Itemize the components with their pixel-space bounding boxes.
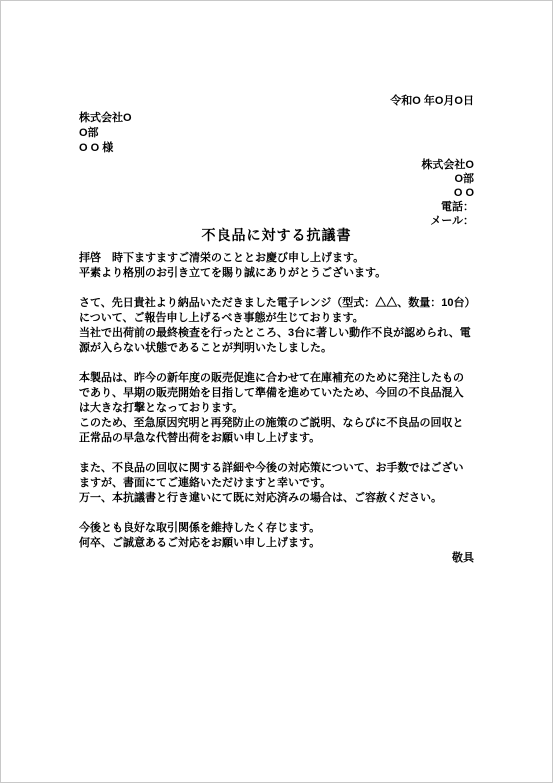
sender-phone-label: 電話：: [79, 200, 474, 214]
body-line: 当社で出荷前の最終検査を行ったところ、3台に著しい動作不良が認められ、電: [79, 326, 474, 341]
document-content: 令和O 年O月O日 株式会社O O部 O O 様 株式会社O O部 O O 電話…: [1, 1, 552, 566]
body-line: は大きな打撃となっております。: [79, 401, 474, 416]
document-body: 拝啓 時下ますますご清栄のこととお慶び申し上げます。 平素より格別のお引き立てを…: [79, 251, 474, 551]
document-title: 不良品に対する抗議書: [79, 228, 474, 243]
body-line: 万一、本抗議書と行き違いにて既に対応済みの場合は、ご容赦ください。: [79, 491, 474, 506]
closing-word: 敬具: [79, 551, 474, 566]
sender-department: O部: [79, 172, 474, 186]
body-line: であり、早期の販売開始を目指して準備を進めていたため、今回の不良品混入: [79, 386, 474, 401]
document-page: 令和O 年O月O日 株式会社O O部 O O 様 株式会社O O部 O O 電話…: [0, 0, 553, 783]
body-line-blank: [79, 446, 474, 461]
body-line-blank: [79, 281, 474, 296]
sender-block: 株式会社O O部 O O 電話： メール：: [79, 158, 474, 228]
recipient-block: 株式会社O O部 O O 様: [79, 111, 474, 156]
body-line: 拝啓 時下ますますご清栄のこととお慶び申し上げます。: [79, 251, 474, 266]
body-line-blank: [79, 356, 474, 371]
body-line: について、ご報告申し上げるべき事態が生じております。: [79, 311, 474, 326]
body-line: このため、至急原因究明と再発防止の施策のご説明、ならびに不良品の回収と: [79, 416, 474, 431]
body-line: また、不良品の回収に関する詳細や今後の対応策について、お手数ではござい: [79, 461, 474, 476]
sender-company: 株式会社O: [79, 158, 474, 172]
body-line-blank: [79, 506, 474, 521]
sender-person: O O: [79, 186, 474, 200]
body-line: ますが、書面にてご連絡いただけますと幸いです。: [79, 476, 474, 491]
recipient-department: O部: [79, 126, 474, 141]
body-line: 今後とも良好な取引関係を維持したく存じます。: [79, 521, 474, 536]
sender-email-label: メール：: [79, 214, 474, 228]
recipient-company: 株式会社O: [79, 111, 474, 126]
document-date: 令和O 年O月O日: [79, 94, 474, 109]
body-line: さて、先日貴社より納品いただきました電子レンジ（型式：△△、数量：10台）: [79, 296, 474, 311]
body-line: 源が入らない状態であることが判明いたしました。: [79, 341, 474, 356]
body-line: 何卒、ご誠意あるご対応をお願い申し上げます。: [79, 536, 474, 551]
body-line: 平素より格別のお引き立てを賜り誠にありがとうございます。: [79, 266, 474, 281]
recipient-person: O O 様: [79, 141, 474, 156]
body-line: 正常品の早急な代替出荷をお願い申し上げます。: [79, 431, 474, 446]
body-line: 本製品は、昨今の新年度の販売促進に合わせて在庫補充のために発注したもの: [79, 371, 474, 386]
